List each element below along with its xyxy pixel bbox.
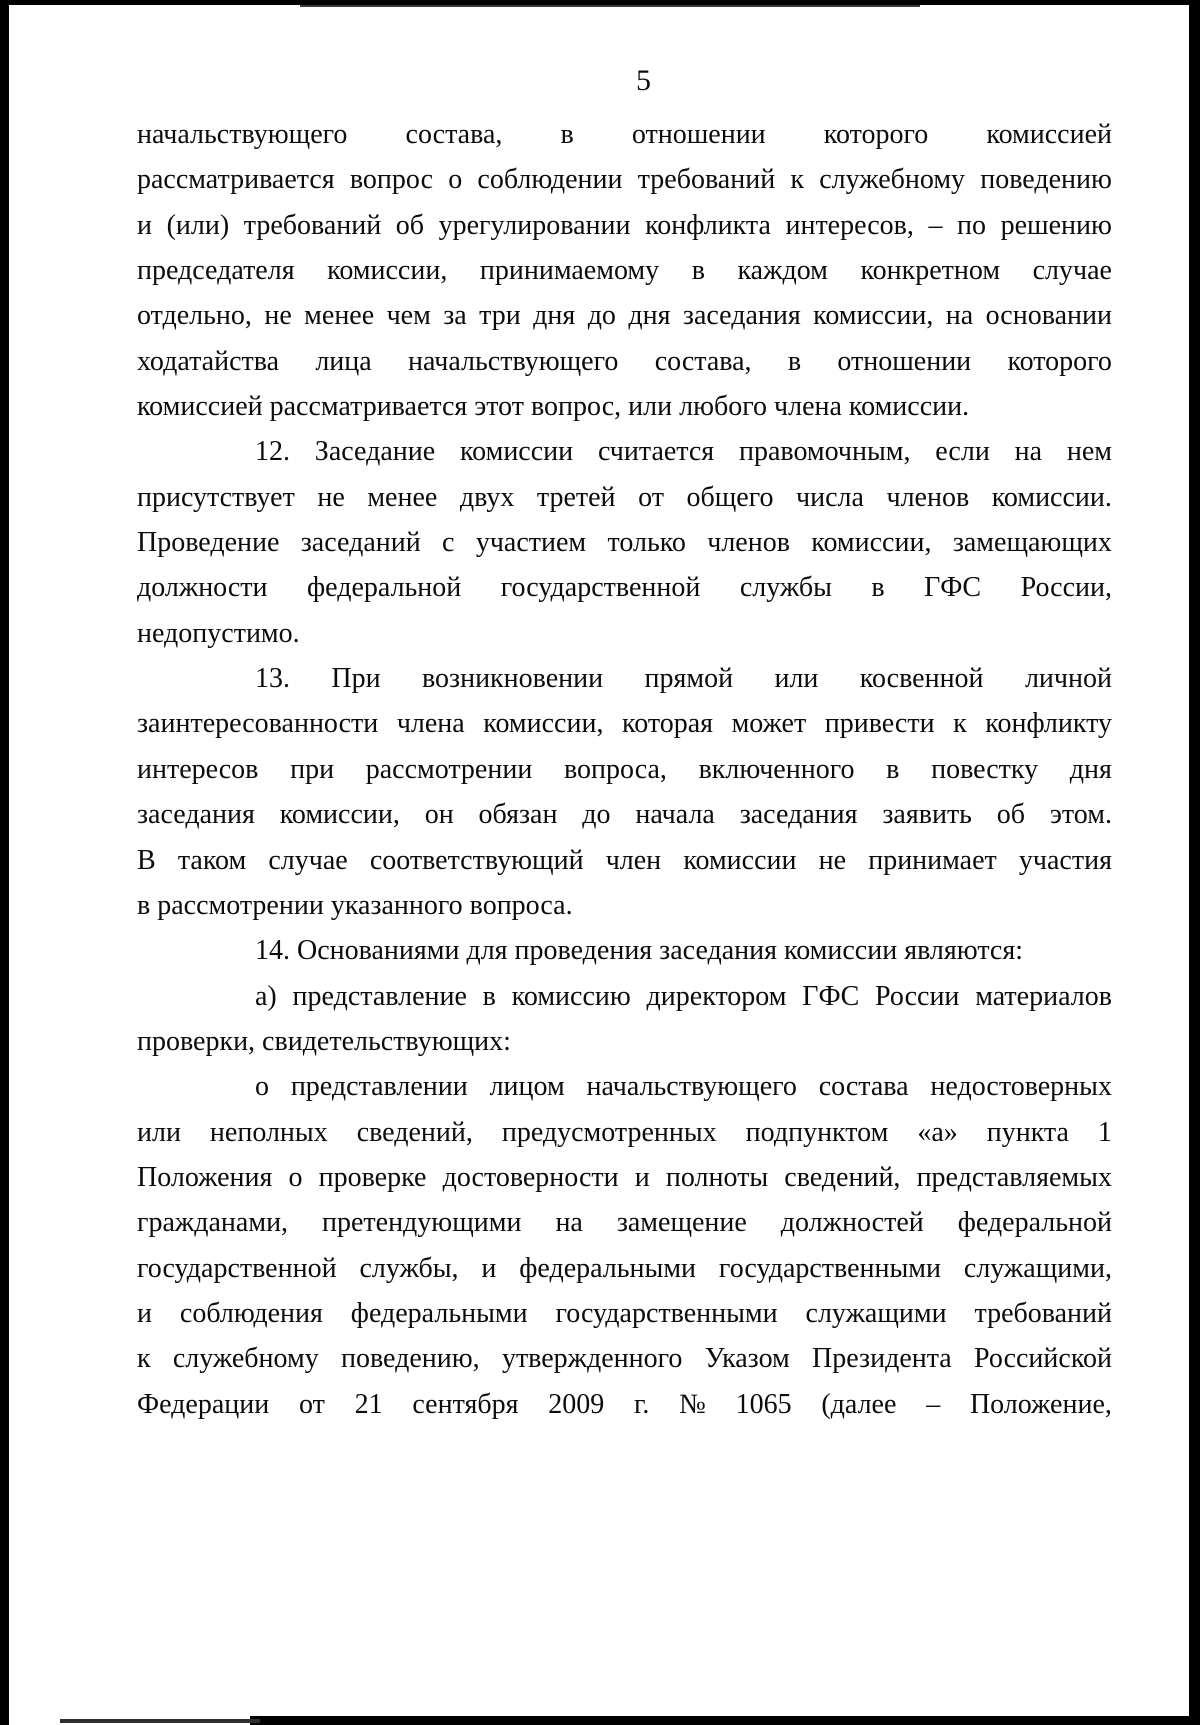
text-line: 12.Заседаниекомиссиисчитаетсяправомочным…: [137, 429, 1112, 474]
text-line: должностифедеральнойгосударственнойслужб…: [137, 565, 1112, 610]
text-line: рассматриваетсявопросособлюдениитребован…: [137, 157, 1112, 202]
paragraph-item-13: 13.Привозникновениипрямойиликосвеннойлич…: [137, 656, 1112, 928]
text-line: 13.Привозникновениипрямойиликосвеннойлич…: [137, 656, 1112, 701]
paragraph-item-14a: а)представлениевкомиссиюдиректоромГФСРос…: [137, 974, 1112, 1065]
text-line: заинтересованностичленакомиссии,котораям…: [137, 701, 1112, 746]
scan-edge-right: [1189, 0, 1200, 1725]
text-line: опредставлениилицомначальствующегосостав…: [137, 1064, 1112, 1109]
text-line: Проведениезаседанийсучастиемтолькочленов…: [137, 520, 1112, 565]
page-number: 5: [636, 64, 652, 98]
document-page: 5 начальствующегосостава,вотношениикотор…: [0, 0, 1200, 1725]
text-line: Положенияопроверкедостоверностииполнотыс…: [137, 1155, 1112, 1200]
text-line: председателякомиссии,принимаемомувкаждом…: [137, 248, 1112, 293]
paragraph-item-12: 12.Заседаниекомиссиисчитаетсяправомочным…: [137, 429, 1112, 656]
text-line: присутствуетнеменеедвухтретейотобщегочис…: [137, 475, 1112, 520]
text-line: Втакомслучаесоответствующийчленкомиссиин…: [137, 838, 1112, 883]
text-line: и(или)требованийобурегулированииконфликт…: [137, 203, 1112, 248]
text-line: отдельно,неменеечемзатриднядоднязаседани…: [137, 293, 1112, 338]
scan-edge-left: [0, 0, 9, 1725]
text-line: кслужебномуповедению,утвержденногоУказом…: [137, 1336, 1112, 1381]
text-block: начальствующегосостава,вотношениикоторог…: [137, 112, 1112, 1427]
paragraph-item-14a-detail: опредставлениилицомначальствующегосостав…: [137, 1064, 1112, 1427]
text-line: Федерацииот21сентября2009г.№1065(далее–П…: [137, 1382, 1112, 1427]
text-line: ходатайствалицаначальствующегосостава,во…: [137, 339, 1112, 384]
text-line: исоблюденияфедеральнымигосударственнымис…: [137, 1291, 1112, 1336]
text-line: илинеполныхсведений,предусмотренныхподпу…: [137, 1110, 1112, 1155]
text-line: в рассмотрении указанного вопроса.: [137, 883, 1112, 928]
text-line: заседаниякомиссии,онобязандоначалазаседа…: [137, 792, 1112, 837]
text-line: недопустимо.: [137, 611, 1112, 656]
scan-edge-top-faint: [300, 5, 920, 7]
text-line: начальствующегосостава,вотношениикоторог…: [137, 112, 1112, 157]
text-line: а)представлениевкомиссиюдиректоромГФСРос…: [137, 974, 1112, 1019]
text-line: проверки, свидетельствующих:: [137, 1019, 1112, 1064]
scan-edge-bottom-faint: [60, 1719, 260, 1723]
text-line: комиссией рассматривается этот вопрос, и…: [137, 384, 1112, 429]
text-line: государственнойслужбы,ифедеральнымигосуд…: [137, 1246, 1112, 1291]
paragraph-continuation: начальствующегосостава,вотношениикоторог…: [137, 112, 1112, 429]
scan-edge-bottom: [250, 1716, 1200, 1725]
text-line: интересовприрассмотрениивопроса,включенн…: [137, 747, 1112, 792]
text-line: гражданами,претендующиминазамещениедолжн…: [137, 1200, 1112, 1245]
paragraph-item-14: 14. Основаниями для проведения заседания…: [137, 928, 1112, 973]
text-line: 14. Основаниями для проведения заседания…: [137, 928, 1112, 973]
